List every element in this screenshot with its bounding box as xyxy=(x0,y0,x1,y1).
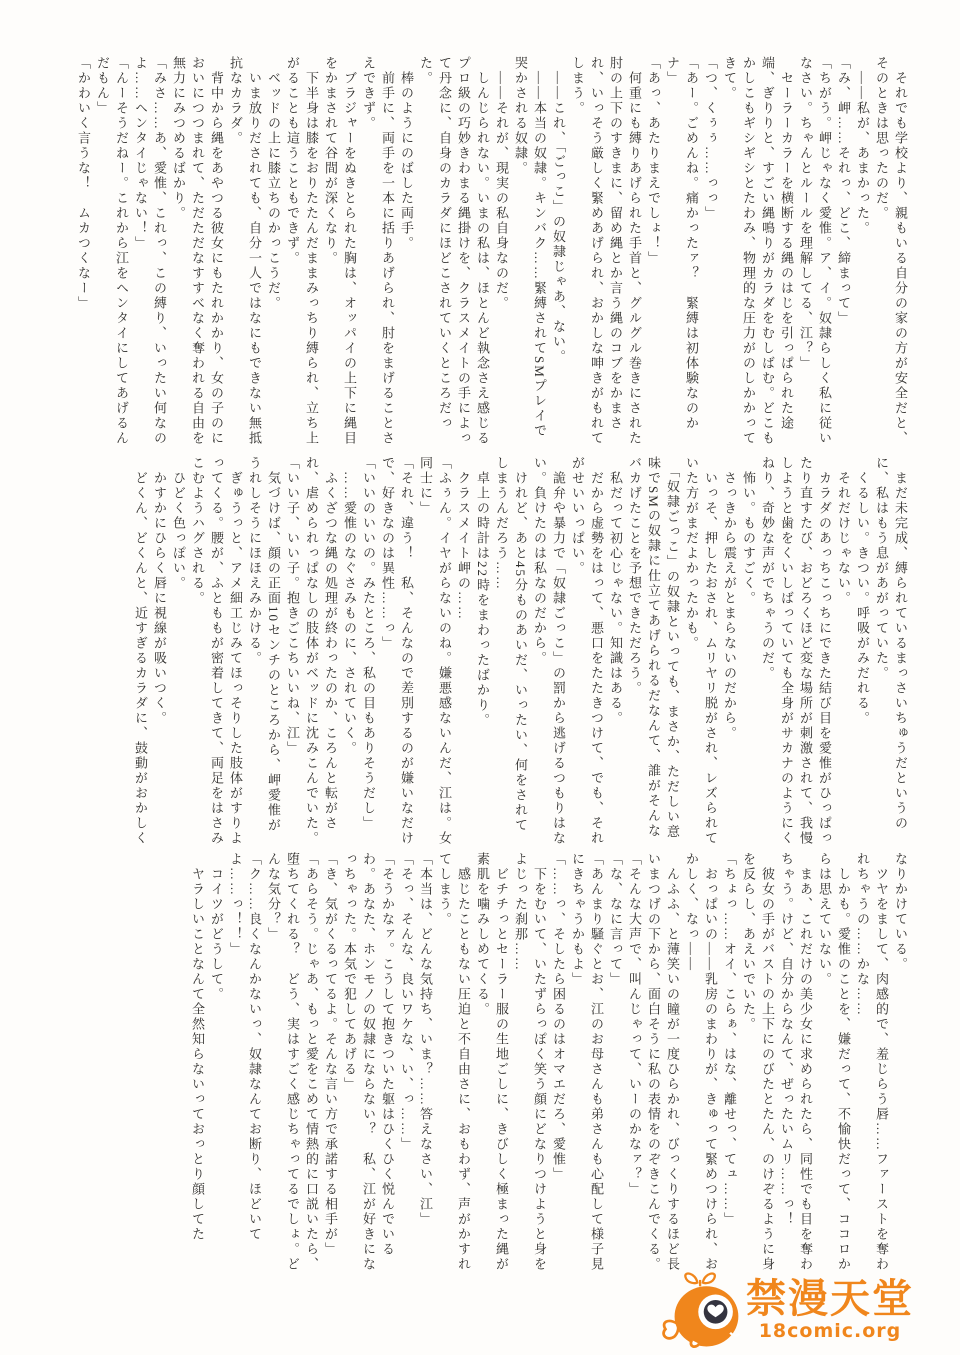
paragraph: 「ふぅん。イヤがらないのね。嫌悪感ないんだ、江は。女同士に」 xyxy=(416,456,454,846)
paragraph: 「いいのいいの。みたところ、私の目もありそうだし」 xyxy=(359,456,378,846)
paragraph: まあ、これだけの美少女に求められたら、同性でも目を奪わちゃう。けど、自分からなん… xyxy=(777,852,815,1274)
paragraph: 気づけば、顔の正面10センチのところから、岬愛惟がうれしそうにほほえみかける。 xyxy=(245,456,283,846)
paragraph: 「あんまり騒ぐとお、江のお母さんも弟さんも心配して様子見にきちゃうかもよ」 xyxy=(568,852,606,1274)
paragraph: 「み、岬……それっ、どこ、締まって」 xyxy=(834,56,853,448)
paragraph: かすかにひらく唇に視線が吸いつく。 xyxy=(150,456,169,846)
paragraph: どくん、どくんと、近すぎるカラダに、鼓動がおかしく xyxy=(131,456,150,846)
paragraph: 「それ、違う！ 私、そんなので差別するのが嫌いなだけで、好きなのは異性……っ」 xyxy=(378,456,416,846)
scanned-novel-page: それでも学校より、親もいる自分の家の方が安全だと、そのときは思ったのだ。 ――私… xyxy=(0,0,960,1355)
paragraph: ヤラしいことなんて全然知らないっておっとり顔してた xyxy=(188,852,207,1274)
paragraph: 「……っ、そしたら困るのはオマエだろ、愛惟」 xyxy=(549,852,568,1274)
paragraph: ――これ、「ごっこ」の奴隷じゃあ、ない。 xyxy=(549,56,568,448)
paragraph: 怖い。ものすごく。 xyxy=(739,456,758,846)
paragraph: 感じたこともない圧迫と不自由さに、おもわず、声がかすれてしまう。 xyxy=(435,852,473,1274)
paragraph: 背中から縄をあやつる彼女にもたれかかり、女の子のにおいにつつまれて、ただただなす… xyxy=(169,56,226,448)
paragraph: くるしい。きつい。呼吸がみだれる。 xyxy=(853,456,872,846)
paragraph: クラスメイト岬の…… xyxy=(454,456,473,846)
paragraph: 「ちがう。岬じゃなく愛惟。ア、イ。奴隷らしく私に従いなさい。ちゃんとルールを理解… xyxy=(796,56,834,448)
paragraph: それだけじゃない。 xyxy=(834,456,853,846)
paragraph: カラダのあっちこっちにできた結び目を愛惟がひっぱったり直すたび、おどろくほど変な… xyxy=(758,456,834,846)
paragraph: ひどく色っぽい。 xyxy=(169,456,188,846)
paragraph: しかも。愛惟のことを、嫌だって、不愉快だって、ココロからは思えていない。 xyxy=(815,852,853,1274)
paragraph: 「あらそう。じゃあ、もっと愛をこめて情熱的に口説いたら、堕ちてくれる？ どう、実… xyxy=(264,852,321,1274)
paragraph: 「な、なに言って」 xyxy=(606,852,625,1274)
paragraph: しんじられない。いまの私は、ほとんど執念さえ感じるプロ級の巧妙きわまる縄掛けを、… xyxy=(416,56,492,448)
paragraph: 「き、気がくるってるよ。そんな言い方で承諾する相手が」 xyxy=(321,852,340,1274)
paragraph: さっきから震えがとまらないのだから。 xyxy=(720,456,739,846)
paragraph: おっぱいの――乳房のまわりが、きゅって緊めつけられ、おかしく、なっ―― xyxy=(682,852,720,1274)
paragraph: なりかけている。 xyxy=(891,852,910,1274)
paragraph: 「奴隷ごっこ」の奴隷といっても、まさか、ただしい意味でSMの奴隷に仕立てあげられ… xyxy=(625,456,682,846)
paragraph: セーラーカラーを横断する縄のはじを引っぱられた途端、ぎりりと、すごい縄鳴りがカラ… xyxy=(720,56,796,448)
paragraph: 「つ、くぅぅ……っっ」 xyxy=(701,56,720,448)
paragraph: ベッドの上に膝立ちのかっこうだ。 xyxy=(264,56,283,448)
paragraph: ぎゅうっと、アメ細工じみてほっそりした肢体がすりよってくる。腰が、ふとももが密着… xyxy=(188,456,245,846)
paragraph: だから虚勢をはって、悪口をたたきつけて、でも、それがせいいっぱい。 xyxy=(568,456,606,846)
paragraph: ブラジャーをぬきとられた胸は、オッパイの上下に縄目をかまされて谷間が深くなり。 xyxy=(321,56,359,448)
paragraph: 「ク……良くなんかないっ、奴隷なんてお断り、ほどいてよ……っ！！」 xyxy=(226,852,264,1274)
paragraph: 「かわいく言うな！ ムカつくなー」 xyxy=(74,56,93,448)
paragraph: それでも学校より、親もいる自分の家の方が安全だと、そのときは思ったのだ。 xyxy=(872,56,910,448)
paragraph: 棒のようにのばした両手。 xyxy=(397,56,416,448)
watermark-logo: 禁漫天堂 18comic.org xyxy=(659,1269,914,1351)
paragraph: いっそ、押したおされ、ムリヤリ脱がされ、レズられていた方がまだよかったかも。 xyxy=(682,456,720,846)
paragraph: ふくざつな縄の処理が終わったのか、ころんと転がされ、虐められっぱなしの肢体がベッ… xyxy=(302,456,340,846)
paragraph: 「みさ……あ、愛惟、これっ、この縛り、いったい何なのよ……ヘンタイじゃない！」 xyxy=(131,56,169,448)
paragraph: 卓上の時計は22時をまわったばかり。 xyxy=(473,456,492,846)
paragraph: 「んーそうだねー。これから江をヘンタイにしてあげるんだもん」 xyxy=(93,56,131,448)
paragraph: 「いい子、いい子。抱きごこちいいね、江」 xyxy=(283,456,302,846)
paragraph: 「そっ、そんな、良いワケな、い、っ……」 xyxy=(397,852,416,1274)
paragraph: んふふ、と薄笑いの瞳が一度ひらかれ、びっくりするほど長いまつげの下から、面白そう… xyxy=(644,852,682,1274)
paragraph: まだ未完成、縛られているまっさいちゅうだというのに、私はもう息があがっていた。 xyxy=(872,456,910,846)
paragraph: 前手に、両手を一本に括りあげられ、肘をまげることさえできず。 xyxy=(359,56,397,448)
paragraph: 何重にも縛りあげられた手首と、グルグル巻きにされた肘の上下のすきまに、留め縄とか… xyxy=(568,56,644,448)
watermark-site-name: 禁漫天堂 xyxy=(746,1279,914,1319)
paragraph: ――本当の奴隷。キンバク……緊縛されてSMプレイで哭かされる奴隷。 xyxy=(511,56,549,448)
text-band-bottom: なりかけている。 ツヤをまして、肉感的で、羞じらう唇……ファーストを奪われちゃう… xyxy=(52,852,910,1274)
paragraph: 「本当は、どんな気持ち、いま？……答えなさい、江」 xyxy=(416,852,435,1274)
paragraph: ――私が、あまかった。 xyxy=(853,56,872,448)
text-band-middle: まだ未完成、縛られているまっさいちゅうだというのに、私はもう息があがっていた。 … xyxy=(52,456,910,846)
paragraph: 彼女の手がバストの上下にのびたとたん、のけぞるように身を反らし、あえいでいた。 xyxy=(739,852,777,1274)
whale-mascot-icon xyxy=(659,1269,743,1351)
paragraph: ……愛惟のなぐさみものに、されていく。 xyxy=(340,456,359,846)
paragraph: コイツがどうして。 xyxy=(207,852,226,1274)
paragraph: 下をむいて、いたずらっぽく笑う顔にどなりつけようと身をよじった刹那…… xyxy=(511,852,549,1274)
paragraph: ビチチっとセーラー服の生地ごしに、きびしく極まった縄が素肌を噛みしめてくる。 xyxy=(473,852,511,1274)
paragraph: 「あー。ごめんね。痛かったァ？ 緊縛は初体験なのかナ」 xyxy=(663,56,701,448)
paragraph: 下半身は膝をおりたたんだままみっちり縛られ、立ち上がることも這うこともできず。 xyxy=(283,56,321,448)
paragraph: いま放りだされても、自分一人ではなにもできない無抵抗なカラダ。 xyxy=(226,56,264,448)
paragraph: 「ちょっ……オイ、こらぁ、はな、離せっ、てュ……」 xyxy=(720,852,739,1274)
paragraph: ツヤをまして、肉感的で、羞じらう唇……ファーストを奪われちゃうの……かな…… xyxy=(853,852,891,1274)
paragraph: 詭弁や暴力で「奴隷ごっこ」の罰から逃げるつもりはない。負けたのは私なのだから。 xyxy=(530,456,568,846)
text-band-top: それでも学校より、親もいる自分の家の方が安全だと、そのときは思ったのだ。 ――私… xyxy=(52,56,910,448)
paragraph: 「そうかなァ。こうして抱きついた躯はひくひく悦んでいるわ。あなた、ホンモノの奴隷… xyxy=(340,852,397,1274)
watermark-site-url: 18comic.org xyxy=(759,1321,902,1342)
paragraph: 「そんな大声で、叫んじゃって、いーのかなァ？」 xyxy=(625,852,644,1274)
paragraph: けれど、あと45分ものあいだ、いったい、何をされてしまうんだろう…… xyxy=(492,456,530,846)
paragraph: ――それが、現実の私自身なのだ。 xyxy=(492,56,511,448)
paragraph: 「あっ、あたりまえでしょ！」 xyxy=(644,56,663,448)
paragraph: 私だって初心じゃない。知識はある。 xyxy=(606,456,625,846)
watermark-text: 禁漫天堂 18comic.org xyxy=(746,1279,914,1342)
